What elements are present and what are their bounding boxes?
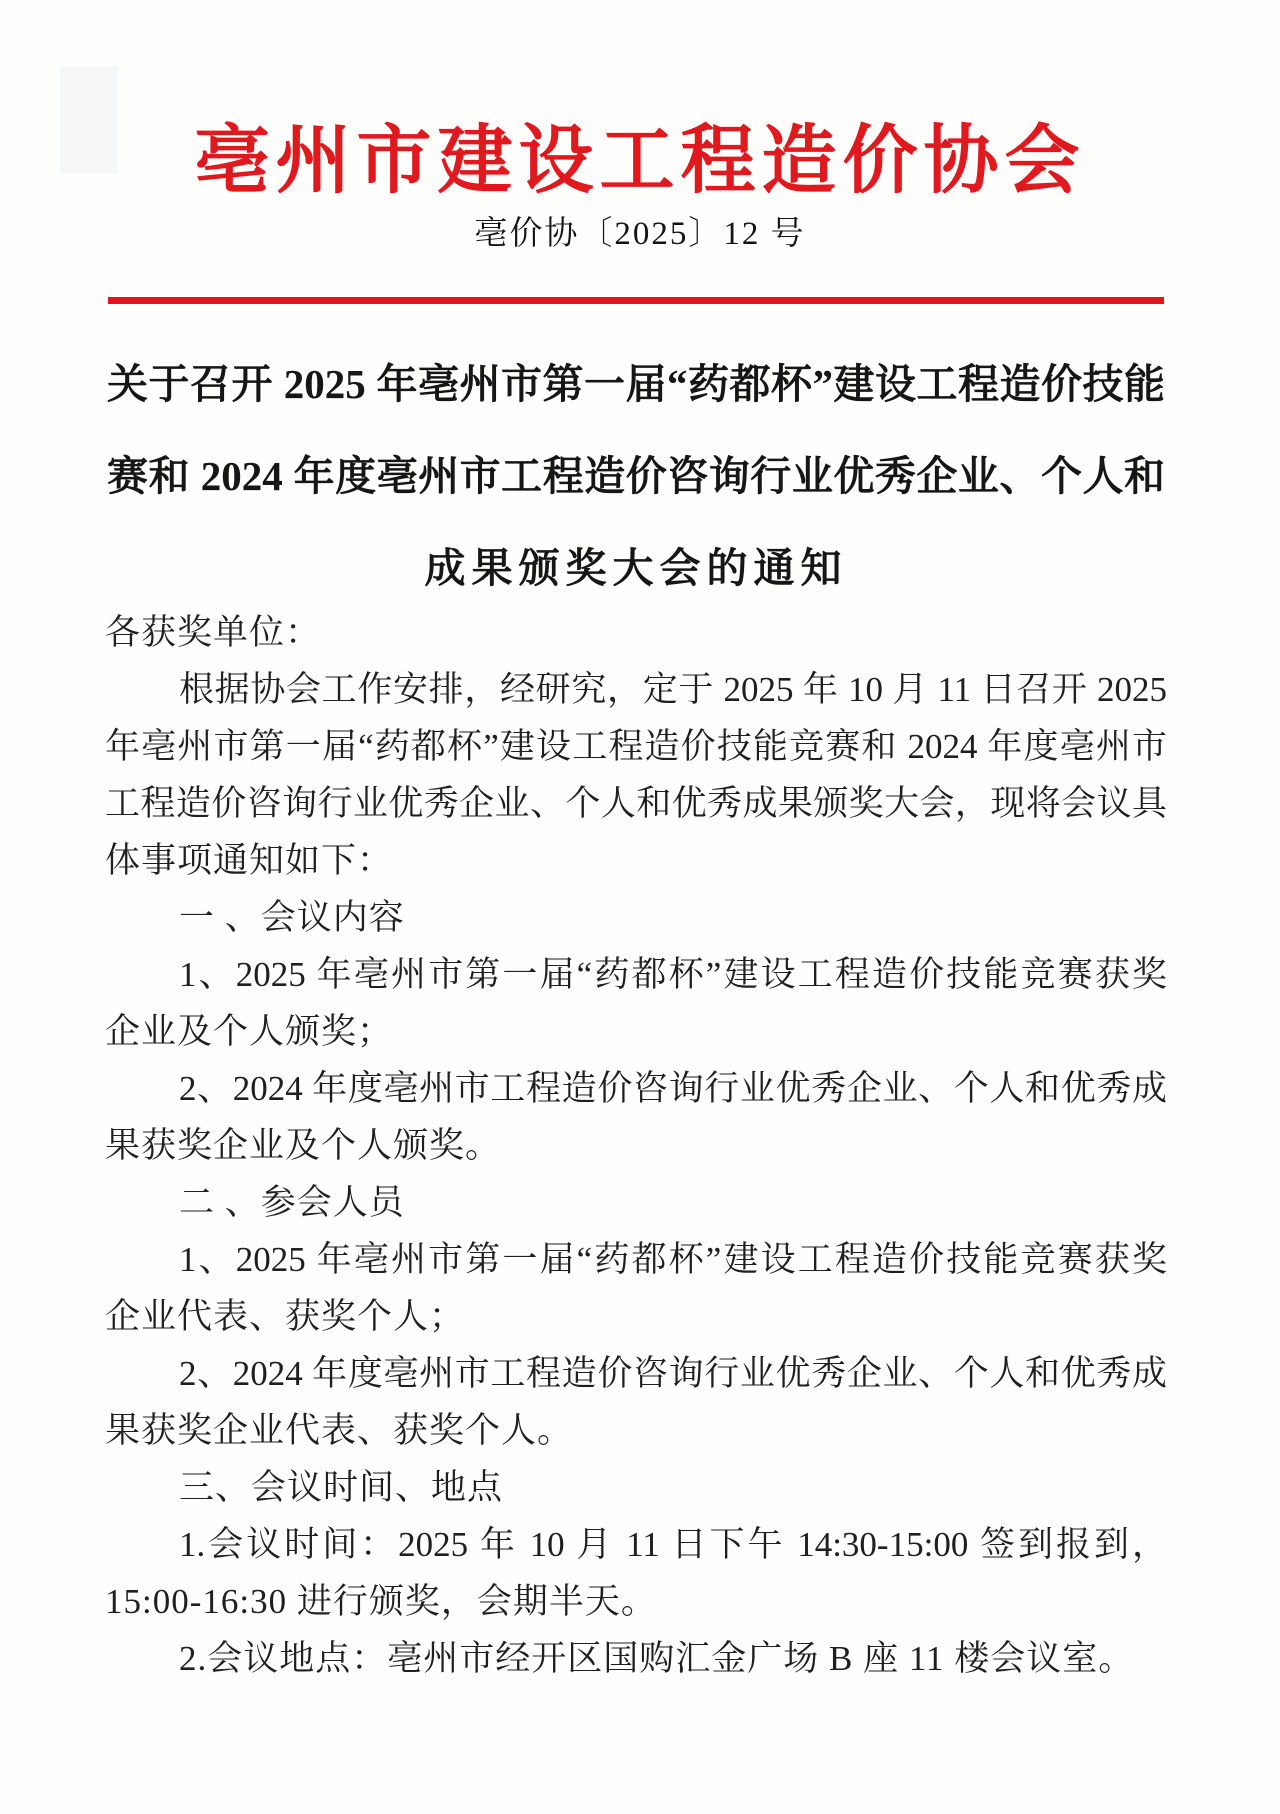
title-line: 赛和 2024 年度亳州市工程造价咨询行业优秀企业、个人和优秀	[107, 430, 1165, 522]
red-separator-line	[108, 297, 1164, 304]
document-title: 关于召开 2025 年亳州市第一届“药都杯”建设工程造价技能竞 赛和 2024 …	[107, 338, 1165, 614]
document-body: 各获奖单位： 根据协会工作安排，经研究，定于 2025 年 10 月 11 日召…	[105, 604, 1167, 1687]
body-line: 2、2024 年度亳州市工程造价咨询行业优秀企业、个人和优秀成	[105, 1060, 1167, 1117]
body-line: 年亳州市第一届“药都杯”建设工程造价技能竞赛和 2024 年度亳州市	[105, 718, 1167, 775]
body-line: 1、2025 年亳州市第一届“药都杯”建设工程造价技能竞赛获奖	[105, 1231, 1167, 1288]
organization-title: 亳州市建设工程造价协会	[0, 112, 1280, 212]
title-line: 关于召开 2025 年亳州市第一届“药都杯”建设工程造价技能竞	[107, 338, 1165, 430]
document-page: 亳州市建设工程造价协会 亳价协〔2025〕12 号 关于召开 2025 年亳州市…	[0, 0, 1280, 1814]
body-line: 2、2024 年度亳州市工程造价咨询行业优秀企业、个人和优秀成	[105, 1345, 1167, 1402]
body-line: 根据协会工作安排，经研究，定于 2025 年 10 月 11 日召开 2025	[105, 661, 1167, 718]
body-line: 果获奖企业代表、获奖个人。	[105, 1402, 1167, 1459]
title-line: 成果颁奖大会的通知	[107, 522, 1165, 614]
body-line: 企业代表、获奖个人；	[105, 1288, 1167, 1345]
section-heading: 一 、会议内容	[105, 889, 1167, 946]
body-line: 各获奖单位：	[105, 604, 1167, 661]
body-line: 2.会议地点：亳州市经开区国购汇金广场 B 座 11 楼会议室。	[105, 1630, 1167, 1687]
section-heading: 二 、参会人员	[105, 1174, 1167, 1231]
body-line: 1.会议时间：2025 年 10 月 11 日下午 14:30-15:00 签到…	[105, 1516, 1167, 1573]
document-number: 亳价协〔2025〕12 号	[0, 210, 1280, 258]
body-line: 果获奖企业及个人颁奖。	[105, 1117, 1167, 1174]
section-heading: 三、会议时间、地点	[105, 1459, 1167, 1516]
body-line: 企业及个人颁奖；	[105, 1003, 1167, 1060]
body-line: 工程造价咨询行业优秀企业、个人和优秀成果颁奖大会，现将会议具	[105, 775, 1167, 832]
body-line: 15:00-16:30 进行颁奖，会期半天。	[105, 1573, 1167, 1630]
body-line: 1、2025 年亳州市第一届“药都杯”建设工程造价技能竞赛获奖	[105, 946, 1167, 1003]
body-line: 体事项通知如下：	[105, 832, 1167, 889]
